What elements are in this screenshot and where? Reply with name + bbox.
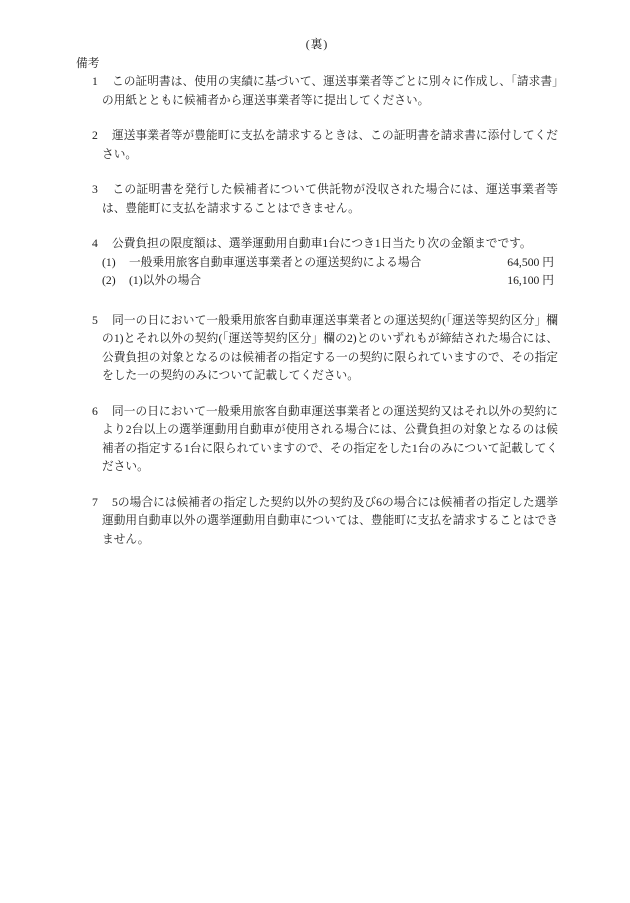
note-number: 7 bbox=[92, 494, 112, 513]
note-text: この証明書を発行した候補者について供託物が没収された場合には、運送事業者等は、豊… bbox=[102, 183, 558, 215]
subitem-label: (1)以外の場合 bbox=[129, 272, 507, 291]
document-page: (裏) 備考 1この証明書は、使用の実績に基づいて、運送事業者等ごとに別々に作成… bbox=[0, 0, 630, 903]
note-4-subitem-2: (2) (1)以外の場合 16,100 円 bbox=[76, 272, 558, 291]
note-number: 6 bbox=[92, 403, 112, 422]
note-item-3: 3この証明書を発行した候補者について供託物が没収された場合には、運送事業者等は、… bbox=[76, 181, 558, 218]
note-item-1: 1この証明書は、使用の実績に基づいて、運送事業者等ごとに別々に作成し、「請求書」… bbox=[76, 73, 558, 110]
note-text: 運送事業者等が豊能町に支払を請求するときは、この証明書を請求書に添付してください… bbox=[102, 129, 558, 161]
note-number: 4 bbox=[92, 235, 112, 254]
subitem-label: 一般乗用旅客自動車運送事業者との運送契約による場合 bbox=[129, 254, 507, 273]
subitem-number: (2) bbox=[102, 272, 129, 291]
notes-list: 1この証明書は、使用の実績に基づいて、運送事業者等ごとに別々に作成し、「請求書」… bbox=[76, 73, 558, 549]
subitem-number: (1) bbox=[102, 254, 129, 273]
note-number: 2 bbox=[92, 127, 112, 146]
note-item-2: 2運送事業者等が豊能町に支払を請求するときは、この証明書を請求書に添付してくださ… bbox=[76, 127, 558, 164]
note-text: 公費負担の限度額は、選挙運動用自動車1台につき1日当たり次の金額までです。 bbox=[112, 237, 532, 250]
subitem-amount: 16,100 円 bbox=[507, 272, 554, 291]
notes-heading: 備考 bbox=[76, 55, 558, 74]
note-number: 1 bbox=[92, 73, 112, 92]
subitem-amount: 64,500 円 bbox=[507, 254, 554, 273]
note-text: この証明書は、使用の実績に基づいて、運送事業者等ごとに別々に作成し、「請求書」の… bbox=[102, 75, 558, 107]
note-text: 同一の日において一般乗用旅客自動車運送事業者との運送契約又はそれ以外の契約により… bbox=[102, 405, 558, 474]
note-number: 3 bbox=[92, 181, 112, 200]
note-4-subitem-1: (1) 一般乗用旅客自動車運送事業者との運送契約による場合 64,500 円 bbox=[76, 254, 558, 273]
note-item-4: 4公費負担の限度額は、選挙運動用自動車1台につき1日当たり次の金額までです。 (… bbox=[76, 235, 558, 291]
note-item-4-text: 4公費負担の限度額は、選挙運動用自動車1台につき1日当たり次の金額までです。 bbox=[76, 235, 558, 254]
note-text: 同一の日において一般乗用旅客自動車運送事業者との運送契約(「運送等契約区分」欄の… bbox=[102, 314, 558, 383]
note-number: 5 bbox=[92, 312, 112, 331]
document-content: (裏) 備考 1この証明書は、使用の実績に基づいて、運送事業者等ごとに別々に作成… bbox=[76, 0, 558, 566]
note-text: 5の場合には候補者の指定した契約以外の契約及び6の場合には候補者の指定した選挙運… bbox=[102, 496, 558, 546]
note-item-7: 75の場合には候補者の指定した契約以外の契約及び6の場合には候補者の指定した選挙… bbox=[76, 494, 558, 550]
page-side-label: (裏) bbox=[76, 36, 558, 55]
note-item-5: 5同一の日において一般乗用旅客自動車運送事業者との運送契約(「運送等契約区分」欄… bbox=[76, 312, 558, 386]
note-item-6: 6同一の日において一般乗用旅客自動車運送事業者との運送契約又はそれ以外の契約によ… bbox=[76, 403, 558, 477]
